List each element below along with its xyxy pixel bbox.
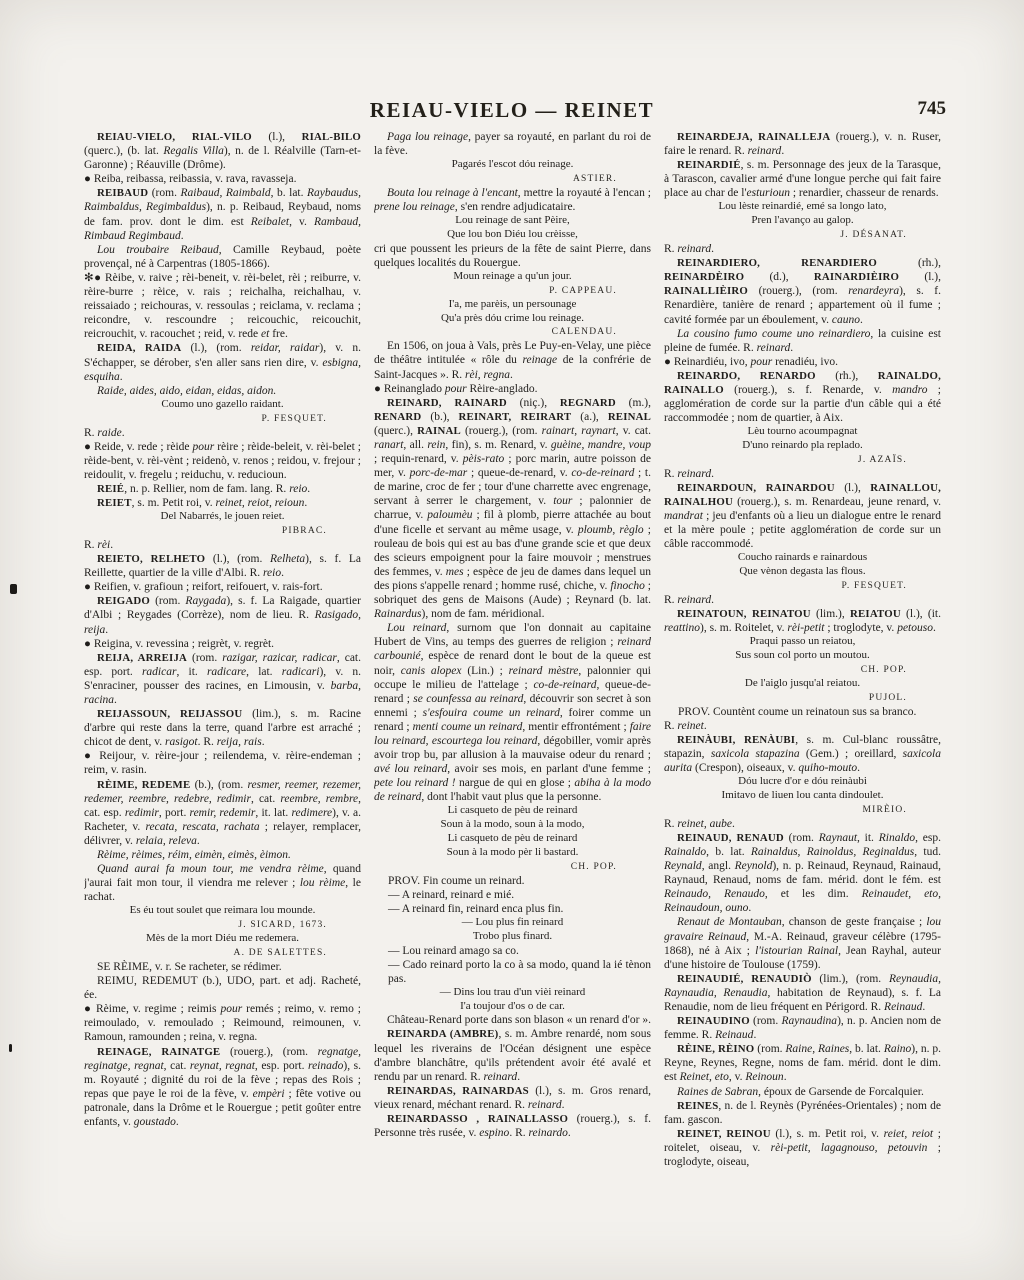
verse-quote: De l'aiglo jusqu'al reiatou.	[664, 677, 941, 691]
dictionary-entry: REINAUDIÉ, RENAUDIÒ (lim.), (rom. Reynau…	[664, 972, 941, 1014]
citation-author: ASTIER.	[374, 172, 651, 186]
citation-author: CH. POP.	[664, 663, 941, 677]
verse-quote: — Dins lou trau d'un vièi reinardI'a tou…	[374, 986, 651, 1014]
verse-quote: Lou reinage de sant Pèire,Que lou bon Di…	[374, 214, 651, 242]
proverb-line: — A reinard fin, reinard enca plus fin.	[374, 902, 651, 916]
text-block: Château-Renard porte dans son blason « u…	[374, 1013, 651, 1027]
dictionary-entry: REINARDIÉ, s. m. Personnage des jeux de …	[664, 158, 941, 200]
dictionary-entry: REINET, REINOU (l.), s. m. Petit roi, v.…	[664, 1127, 941, 1169]
citation-author: P. FESQUET.	[664, 579, 941, 593]
text-block: Lou troubaire Reibaud, Camille Reybaud, …	[84, 243, 361, 271]
text-block: SE RÈIME, v. r. Se racheter, se rédimer.	[84, 960, 361, 974]
dictionary-entry: REINARDA (AMBRE), s. m. Ambre renardé, n…	[374, 1027, 651, 1083]
ink-speck	[10, 584, 17, 594]
verse-quote: Coucho rainards e rainardousQue vènon de…	[664, 551, 941, 579]
verse-quote: Mès de la mort Diéu me redemera.	[84, 932, 361, 946]
dictionary-entry: REIBAUD (rom. Raibaud, Raimbald, b. lat.…	[84, 186, 361, 242]
text-block: Raines de Sabran, époux de Garsende de F…	[664, 1085, 941, 1099]
column-3: REINARDEJA, RAINALLEJA (rouerg.), v. n. …	[664, 130, 941, 1276]
verse-quote: Lou lèste reinardié, emé sa longo lato,P…	[664, 200, 941, 228]
text-block: ● Reigina, v. revessina ; reigrèt, v. re…	[84, 637, 361, 651]
verse-quote: — Lou plus fin reinardTrobo plus finard.	[374, 916, 651, 944]
text-block: Quand aurai fa moun tour, me vendra rèim…	[84, 862, 361, 904]
text-block: Raide, aides, aido, eidan, eidas, aidon.	[84, 384, 361, 398]
text-columns: REIAU-VIELO, RIAL-VILO (l.), RIAL-BILO (…	[84, 130, 942, 1276]
citation-author: PIBRAC.	[84, 524, 361, 538]
dictionary-entry: REINARDO, RENARDO (rh.), RAINALDO, RAINA…	[664, 369, 941, 425]
text-block: ● Reiba, reibassa, reibassia, v. rava, r…	[84, 172, 361, 186]
dictionary-entry: REINARD, RAINARD (niç.), REGNARD (m.), R…	[374, 396, 651, 622]
text-block: ● Rèime, v. regime ; reimis pour remés ;…	[84, 1002, 361, 1044]
citation-author: P. FESQUET.	[84, 412, 361, 426]
dictionary-entry: RÈIME, REDEME (b.), (rom. resmer, reemer…	[84, 778, 361, 848]
dictionary-entry: REIÉ, n. p. Rellier, nom de fam. lang. R…	[84, 482, 361, 496]
dictionary-entry: REINATOUN, REINATOU (lim.), REIATOU (l.)…	[664, 607, 941, 635]
dictionary-entry: REINARDIERO, RENARDIERO (rh.), REINARDÈI…	[664, 256, 941, 326]
text-block: Paga lou reinage, payer sa royauté, en p…	[374, 130, 651, 158]
verse-quote: Praqui passo un reiatou,Sus soun col por…	[664, 635, 941, 663]
text-block: ✻● Rèibe, v. raive ; rèi-beneit, v. rèi-…	[84, 271, 361, 341]
text-block: cri que poussent les prieurs de la fête …	[374, 242, 651, 270]
verse-quote: Pagarés l'escot dóu reinage.	[374, 158, 651, 172]
citation-author: J. AZAÏS.	[664, 453, 941, 467]
citation-author: J. DÉSANAT.	[664, 228, 941, 242]
text-block: Bouta lou reinage à l'encant, mettre la …	[374, 186, 651, 214]
dictionary-entry: REIJA, ARREIJA (rom. razigar, razicar, r…	[84, 651, 361, 707]
column-2: Paga lou reinage, payer sa royauté, en p…	[374, 130, 651, 1276]
verse-quote: Moun reinage a qu'un jour.	[374, 270, 651, 284]
text-block: R. reinet, aube.	[664, 817, 941, 831]
text-block: R. reinard.	[664, 593, 941, 607]
text-block: En 1506, on joua à Vals, près Le Puy-en-…	[374, 339, 651, 381]
dictionary-entry: REIET, s. m. Petit roi, v. reinet, reiot…	[84, 496, 361, 510]
dictionary-entry: REINAUD, RENAUD (rom. Raynaut, it. Rinal…	[664, 831, 941, 916]
citation-author: A. DE SALETTES.	[84, 946, 361, 960]
page-number: 745	[918, 98, 947, 120]
text-block: La cousino fumo coume uno reinardiero, l…	[664, 327, 941, 355]
dictionary-entry: REIAU-VIELO, RIAL-VILO (l.), RIAL-BILO (…	[84, 130, 361, 172]
verse-quote: I'a, me parèis, un persounageQu'a près d…	[374, 298, 651, 326]
citation-author: J. SICARD, 1673.	[84, 918, 361, 932]
dictionary-entry: REINAUDINO (rom. Raynaudina), n. p. Anci…	[664, 1014, 941, 1042]
text-block: ● Reijour, v. rèire-jour ; reilendema, v…	[84, 749, 361, 777]
dictionary-entry: REINES, n. de l. Reynès (Pyrénées-Orient…	[664, 1099, 941, 1127]
verse-quote: Li casqueto de pèu de reinardSoun à la m…	[374, 804, 651, 859]
dictionary-entry: REIGADO (rom. Raygada), s. f. La Raigade…	[84, 594, 361, 636]
dictionary-entry: REINAGE, RAINATGE (rouerg.), (rom. regna…	[84, 1045, 361, 1130]
document-page: REIAU-VIELO — REINET 745 REIAU-VIELO, RI…	[0, 0, 1024, 1280]
text-block: ● Reifien, v. grafioun ; reifort, reifou…	[84, 580, 361, 594]
verse-quote: Coumo uno gazello raidant.	[84, 398, 361, 412]
text-block: R. rèi.	[84, 538, 361, 552]
dictionary-entry: REIJASSOUN, REIJASSOU (lim.), s. m. Raci…	[84, 707, 361, 749]
citation-author: MIRÈIO.	[664, 803, 941, 817]
dictionary-entry: REINARDEJA, RAINALLEJA (rouerg.), v. n. …	[664, 130, 941, 158]
text-block: ● Reinanglado pour Rèire-anglado.	[374, 382, 651, 396]
proverb-line: — Lou reinard amago sa co.	[374, 944, 651, 958]
running-head: REIAU-VIELO — REINET	[0, 98, 1024, 123]
dictionary-entry: RÈINE, RÈINO (rom. Raine, Raines, b. lat…	[664, 1042, 941, 1084]
dictionary-entry: REINARDASSO , RAINALLASSO (rouerg.), s. …	[374, 1112, 651, 1140]
verse-quote: Dóu lucre d'or e dóu reinàubiImitavo de …	[664, 775, 941, 803]
text-block: ● Reide, v. rede ; rèide pour rèire ; rè…	[84, 440, 361, 482]
dictionary-entry: REIETO, RELHETO (l.), (rom. Relheta), s.…	[84, 552, 361, 580]
dictionary-entry: REINÀUBI, RENÀUBI, s. m. Cul-blanc rouss…	[664, 733, 941, 775]
text-block: R. reinard.	[664, 467, 941, 481]
citation-author: P. CAPPEAU.	[374, 284, 651, 298]
column-1: REIAU-VIELO, RIAL-VILO (l.), RIAL-BILO (…	[84, 130, 361, 1276]
ink-speck	[9, 1044, 12, 1052]
verse-quote: Es éu tout soulet que reimara lou mounde…	[84, 904, 361, 918]
verse-quote: Lèu tourno acoumpagnatD'uno reinardo pla…	[664, 425, 941, 453]
text-block: Lou reinard, surnom que l'on donnait au …	[374, 621, 651, 804]
text-block: R. raide.	[84, 426, 361, 440]
citation-author: CALENDAU.	[374, 325, 651, 339]
proverb-line: PROV. Fin coume un reinard.	[374, 874, 651, 888]
text-block: R. reinet.	[664, 719, 941, 733]
text-block: ● Reinardiéu, ivo, pour renadiéu, ivo.	[664, 355, 941, 369]
text-block: REIMU, REDEMUT (b.), UDO, part. et adj. …	[84, 974, 361, 1002]
text-block: Renaut de Montauban, chanson de geste fr…	[664, 915, 941, 971]
proverb-line: — A reinard, reinard e mié.	[374, 888, 651, 902]
citation-author: PUJOL.	[664, 691, 941, 705]
dictionary-entry: REIDA, RAIDA (l.), (rom. reidar, raidar)…	[84, 341, 361, 383]
dictionary-entry: REINARDAS, RAINARDAS (l.), s. m. Gros re…	[374, 1084, 651, 1112]
proverb-line: — Cado reinard porto la co à sa modo, qu…	[374, 958, 651, 986]
dictionary-entry: REINARDOUN, RAINARDOU (l.), RAINALLOU, R…	[664, 481, 941, 551]
proverb-line: PROV. Countènt coume un reinatoun sus sa…	[664, 705, 941, 719]
text-block: R. reinard.	[664, 242, 941, 256]
verse-quote: Del Nabarrés, le jouen reiet.	[84, 510, 361, 524]
citation-author: CH. POP.	[374, 860, 651, 874]
text-block: Rèime, rèimes, réim, eimèn, eimès, èimon…	[84, 848, 361, 862]
